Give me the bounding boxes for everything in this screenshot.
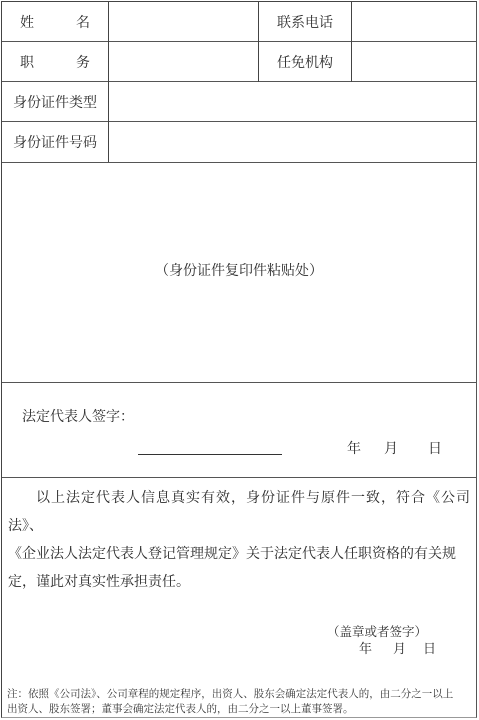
- column-divider: [108, 2, 109, 162]
- phone-label: 联系电话: [259, 2, 351, 41]
- position-label: 职 务: [2, 42, 108, 81]
- footnote-line-1: 注：依照《公司法》、公司章程的规定程序，出资人、股东会确定法定代表人的，由二分之…: [7, 687, 472, 702]
- signature-date-year: 年: [347, 438, 361, 458]
- column-divider: [351, 2, 352, 82]
- position-label-char: 职: [20, 52, 34, 72]
- statement-line-2: 《企业法人法定代表人登记管理规定》关于法定代表人任职资格的有关规: [8, 540, 470, 568]
- declaration-statement: 以上法定代表人信息真实有效，身份证件与原件一致，符合《公司法》、 《企业法人法定…: [8, 484, 470, 596]
- signature-label: 法定代表人签字：: [22, 406, 134, 426]
- footnote-line-2: 出资人、股东签署；董事会确定法定代表人的，由二分之一以上董事签署。: [7, 702, 472, 717]
- name-label-char: 姓: [20, 12, 34, 32]
- name-label: 姓 名: [2, 2, 108, 41]
- id-number-label: 身份证件号码: [2, 122, 108, 162]
- stamp-date-day: 日: [423, 638, 436, 657]
- appointing-body-label: 任免机构: [259, 42, 351, 81]
- signature-date-month: 月: [384, 438, 398, 458]
- footnote: 注：依照《公司法》、公司章程的规定程序，出资人、股东会确定法定代表人的，由二分之…: [7, 687, 472, 717]
- name-label-char: 名: [76, 12, 90, 32]
- id-number-field[interactable]: [110, 122, 475, 162]
- signature-date-day: 日: [428, 438, 442, 458]
- legal-representative-form: 姓 名 联系电话 职 务 任免机构 身份证件类型 身份证件号码 （身份证件复印件…: [1, 1, 477, 718]
- position-label-char: 务: [76, 52, 90, 72]
- statement-line-1: 以上法定代表人信息真实有效，身份证件与原件一致，符合《公司法》、: [8, 484, 470, 540]
- stamp-date-month: 月: [393, 638, 406, 657]
- id-type-field[interactable]: [110, 82, 475, 121]
- appointing-body-field[interactable]: [353, 42, 475, 81]
- phone-field[interactable]: [353, 2, 475, 41]
- stamp-or-sign-label: （盖章或者签字）: [327, 622, 427, 640]
- signature-line[interactable]: [138, 454, 282, 455]
- statement-line-3: 定，谨此对真实性承担责任。: [8, 568, 470, 596]
- position-field[interactable]: [110, 42, 258, 81]
- id-type-label: 身份证件类型: [2, 82, 108, 121]
- paste-area-label: （身份证件复印件粘贴处）: [2, 260, 476, 280]
- name-field[interactable]: [110, 2, 258, 41]
- section-divider: [2, 382, 476, 383]
- section-divider: [2, 477, 476, 478]
- stamp-date-year: 年: [359, 638, 372, 657]
